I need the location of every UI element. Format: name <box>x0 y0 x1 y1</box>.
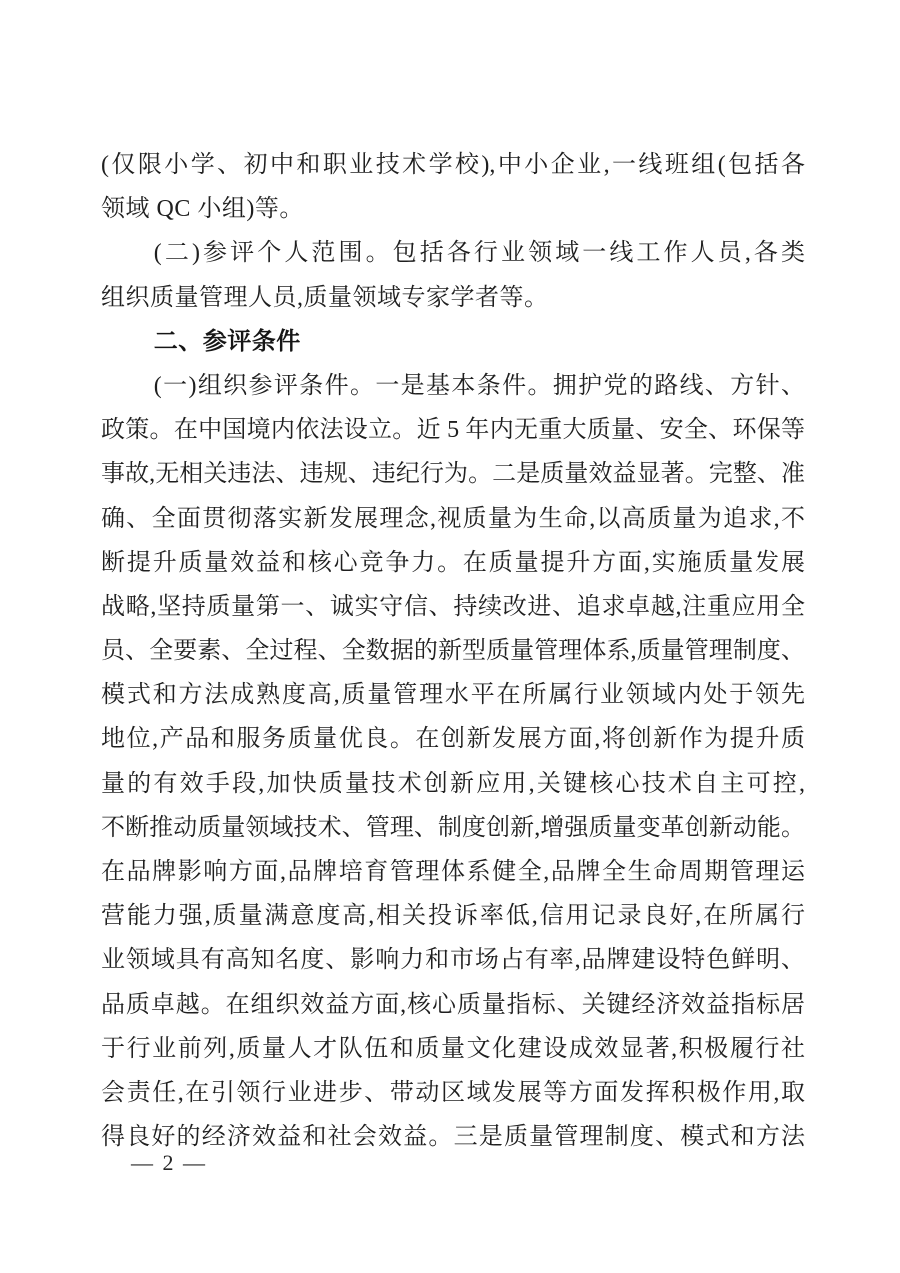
text-line: 营能力强,质量满意度高,相关投诉率低,信用记录良好,在所属行 <box>101 894 805 938</box>
text-line: (仅限小学、初中和职业技术学校),中小企业,一线班组(包括各 <box>101 143 805 187</box>
text-line: 政策。在中国境内依法设立。近 5 年内无重大质量、安全、环保等 <box>101 408 805 452</box>
text-line: 战略,坚持质量第一、诚实守信、持续改进、追求卓越,注重应用全 <box>101 585 805 629</box>
text-line: 事故,无相关违法、违规、违纪行为。二是质量效益显著。完整、准 <box>101 452 805 496</box>
text-line: 于行业前列,质量人才队伍和质量文化建设成效显著,积极履行社 <box>101 1027 805 1071</box>
text-line: 在品牌影响方面,品牌培育管理体系健全,品牌全生命周期管理运 <box>101 850 805 894</box>
section-heading: 二、参评条件 <box>101 320 805 364</box>
page-footer: — 2 — <box>131 1148 207 1178</box>
body-text: (仅限小学、初中和职业技术学校),中小企业,一线班组(包括各领域 QC 小组)等… <box>101 143 805 1159</box>
text-line: 组织质量管理人员,质量领域专家学者等。 <box>101 276 805 320</box>
text-line: 断提升质量效益和核心竞争力。在质量提升方面,实施质量发展 <box>101 541 805 585</box>
text-line: (二)参评个人范围。包括各行业领域一线工作人员,各类 <box>101 231 805 275</box>
text-line: 领域 QC 小组)等。 <box>101 187 805 231</box>
text-line: 地位,产品和服务质量优良。在创新发展方面,将创新作为提升质 <box>101 717 805 761</box>
document-page: (仅限小学、初中和职业技术学校),中小企业,一线班组(包括各领域 QC 小组)等… <box>0 0 900 1273</box>
text-line: 不断推动质量领域技术、管理、制度创新,增强质量变革创新动能。 <box>101 806 805 850</box>
text-line: (一)组织参评条件。一是基本条件。拥护党的路线、方针、 <box>101 364 805 408</box>
text-line: 员、全要素、全过程、全数据的新型质量管理体系,质量管理制度、 <box>101 629 805 673</box>
text-line: 品质卓越。在组织效益方面,核心质量指标、关键经济效益指标居 <box>101 983 805 1027</box>
text-line: 模式和方法成熟度高,质量管理水平在所属行业领域内处于领先 <box>101 673 805 717</box>
text-line: 确、全面贯彻落实新发展理念,视质量为生命,以高质量为追求,不 <box>101 497 805 541</box>
text-line: 业领域具有高知名度、影响力和市场占有率,品牌建设特色鲜明、 <box>101 938 805 982</box>
page-number: — 2 — <box>131 1150 207 1175</box>
text-line: 量的有效手段,加快质量技术创新应用,关键核心技术自主可控, <box>101 762 805 806</box>
text-line: 会责任,在引领行业进步、带动区域发展等方面发挥积极作用,取 <box>101 1071 805 1115</box>
